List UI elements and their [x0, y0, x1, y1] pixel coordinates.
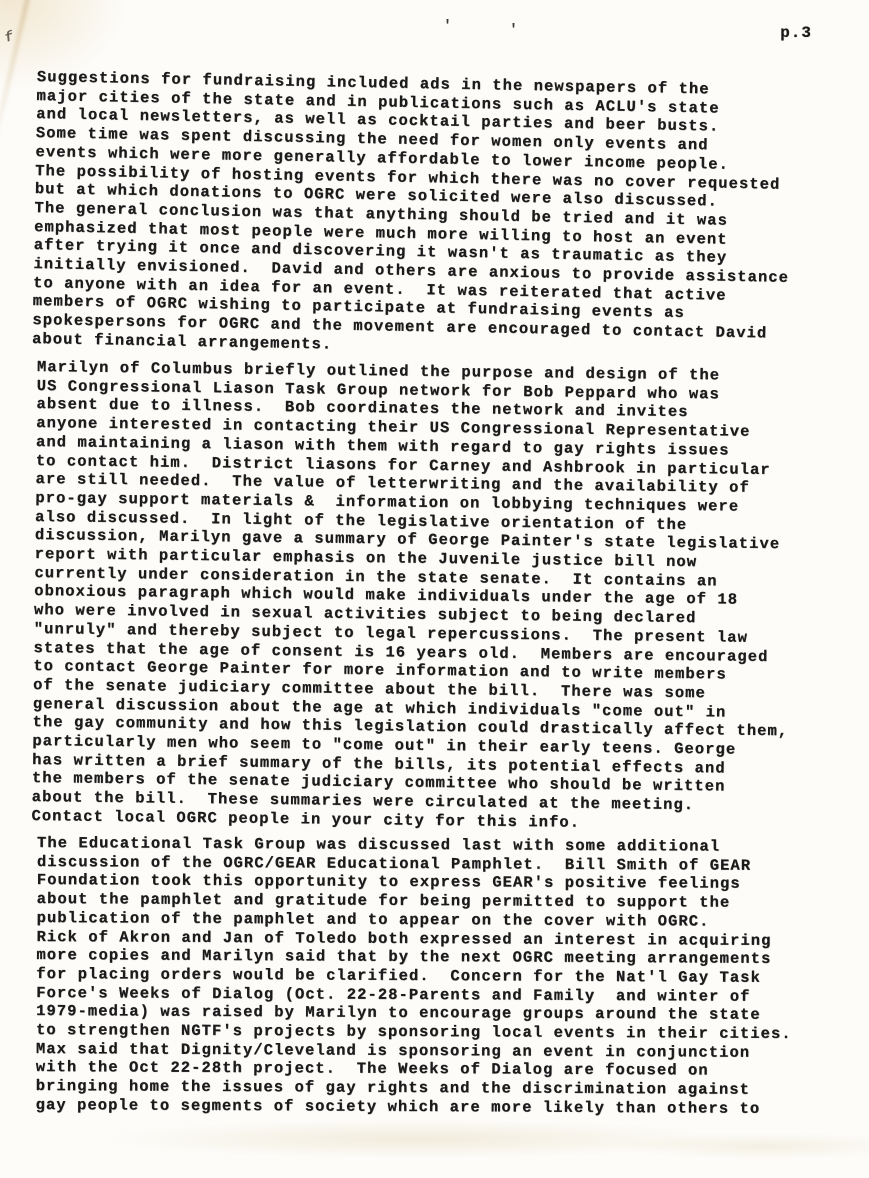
paragraph-congressional-liason-task-group: Marilyn of Columbus briefly outlined the… — [31, 358, 792, 835]
stray-ink-mark: f — [3, 29, 15, 47]
paper-crease — [0, 0, 32, 142]
paragraph-fundraising: Suggestions for fundraising included ads… — [32, 68, 793, 362]
page-number: p.3 — [780, 24, 812, 42]
document-body: Suggestions for fundraising included ads… — [37, 68, 793, 1115]
stray-ink-mark: ' — [443, 18, 452, 35]
scanned-document-page: ' ' f p.3 Suggestions for fundraising in… — [0, 0, 869, 1178]
stray-ink-mark: ' — [509, 22, 518, 39]
paragraph-educational-task-group: The Educational Task Group was discussed… — [36, 834, 793, 1118]
